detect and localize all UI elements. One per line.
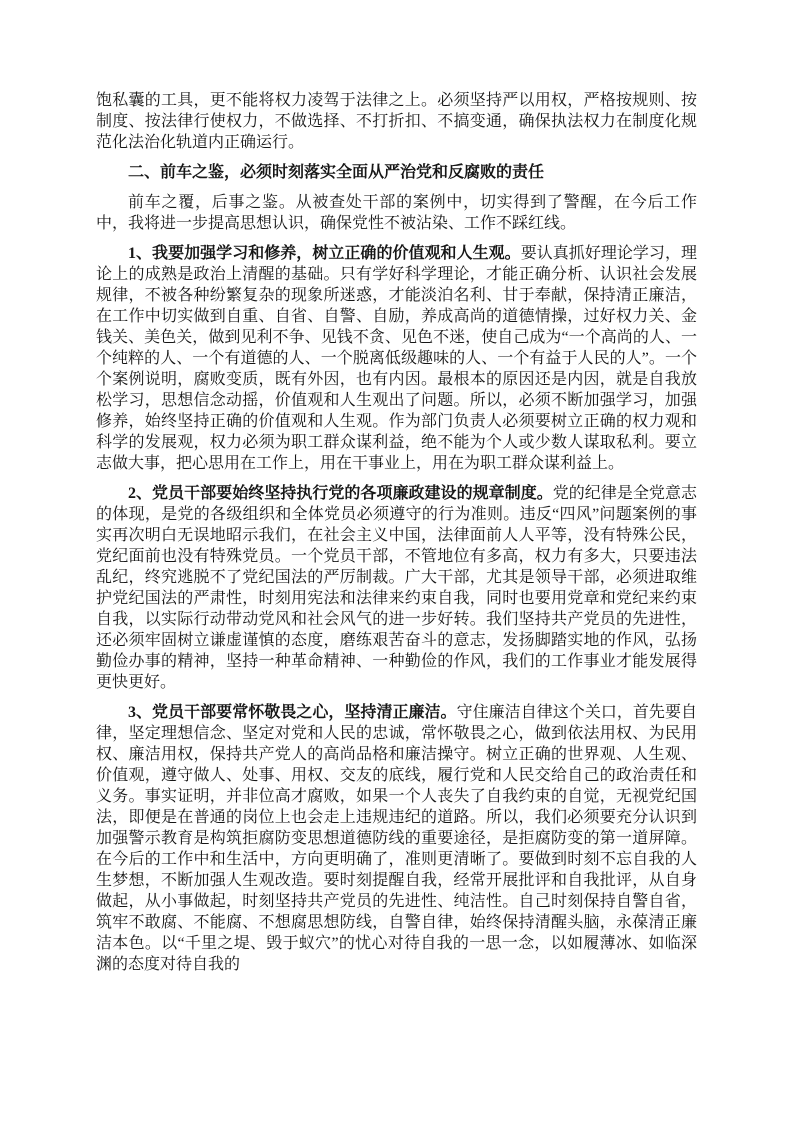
point-3-lead: 3、党员干部要常怀敬畏之心，坚持清正廉洁。 <box>128 704 457 721</box>
paragraph-intro: 前车之覆，后事之鉴。从被查处干部的案例中，切实得到了警醒，在今后工作中，我将进一… <box>96 192 697 234</box>
point-2-body: 党的纪律是全党意志的体现，是党的各级组织和全体党员必须遵守的行为准则。违反“四风… <box>96 485 697 691</box>
point-1-body: 要认真抓好理论学习，理论上的成熟是政治上清醒的基础。只有学好科学理论，才能正确分… <box>96 245 697 472</box>
point-1-lead: 1、我要加强学习和修养，树立正确的价值观和人生观。 <box>128 245 521 262</box>
section-heading: 二、前车之鉴，必须时刻落实全面从严治党和反腐败的责任 <box>96 162 697 183</box>
paragraph-point-2: 2、党员干部要始终坚持执行党的各项廉政建设的规章制度。党的纪律是全党意志的体现，… <box>96 483 697 693</box>
paragraph-continuation: 饱私囊的工具，更不能将权力凌驾于法律之上。必须坚持严以用权，严格按规则、按制度、… <box>96 90 697 153</box>
point-3-body: 守住廉洁自律这个关口，首先要自律，坚定理想信念、坚定对党和人民的忠诚，常怀敬畏之… <box>96 704 697 973</box>
point-2-lead: 2、党员干部要始终坚持执行党的各项廉政建设的规章制度。 <box>128 485 553 502</box>
paragraph-point-3: 3、党员干部要常怀敬畏之心，坚持清正廉洁。守住廉洁自律这个关口，首先要自律，坚定… <box>96 702 697 975</box>
paragraph-point-1: 1、我要加强学习和修养，树立正确的价值观和人生观。要认真抓好理论学习，理论上的成… <box>96 243 697 474</box>
document-page: 饱私囊的工具，更不能将权力凌驾于法律之上。必须坚持严以用权，严格按规则、按制度、… <box>0 0 793 1122</box>
